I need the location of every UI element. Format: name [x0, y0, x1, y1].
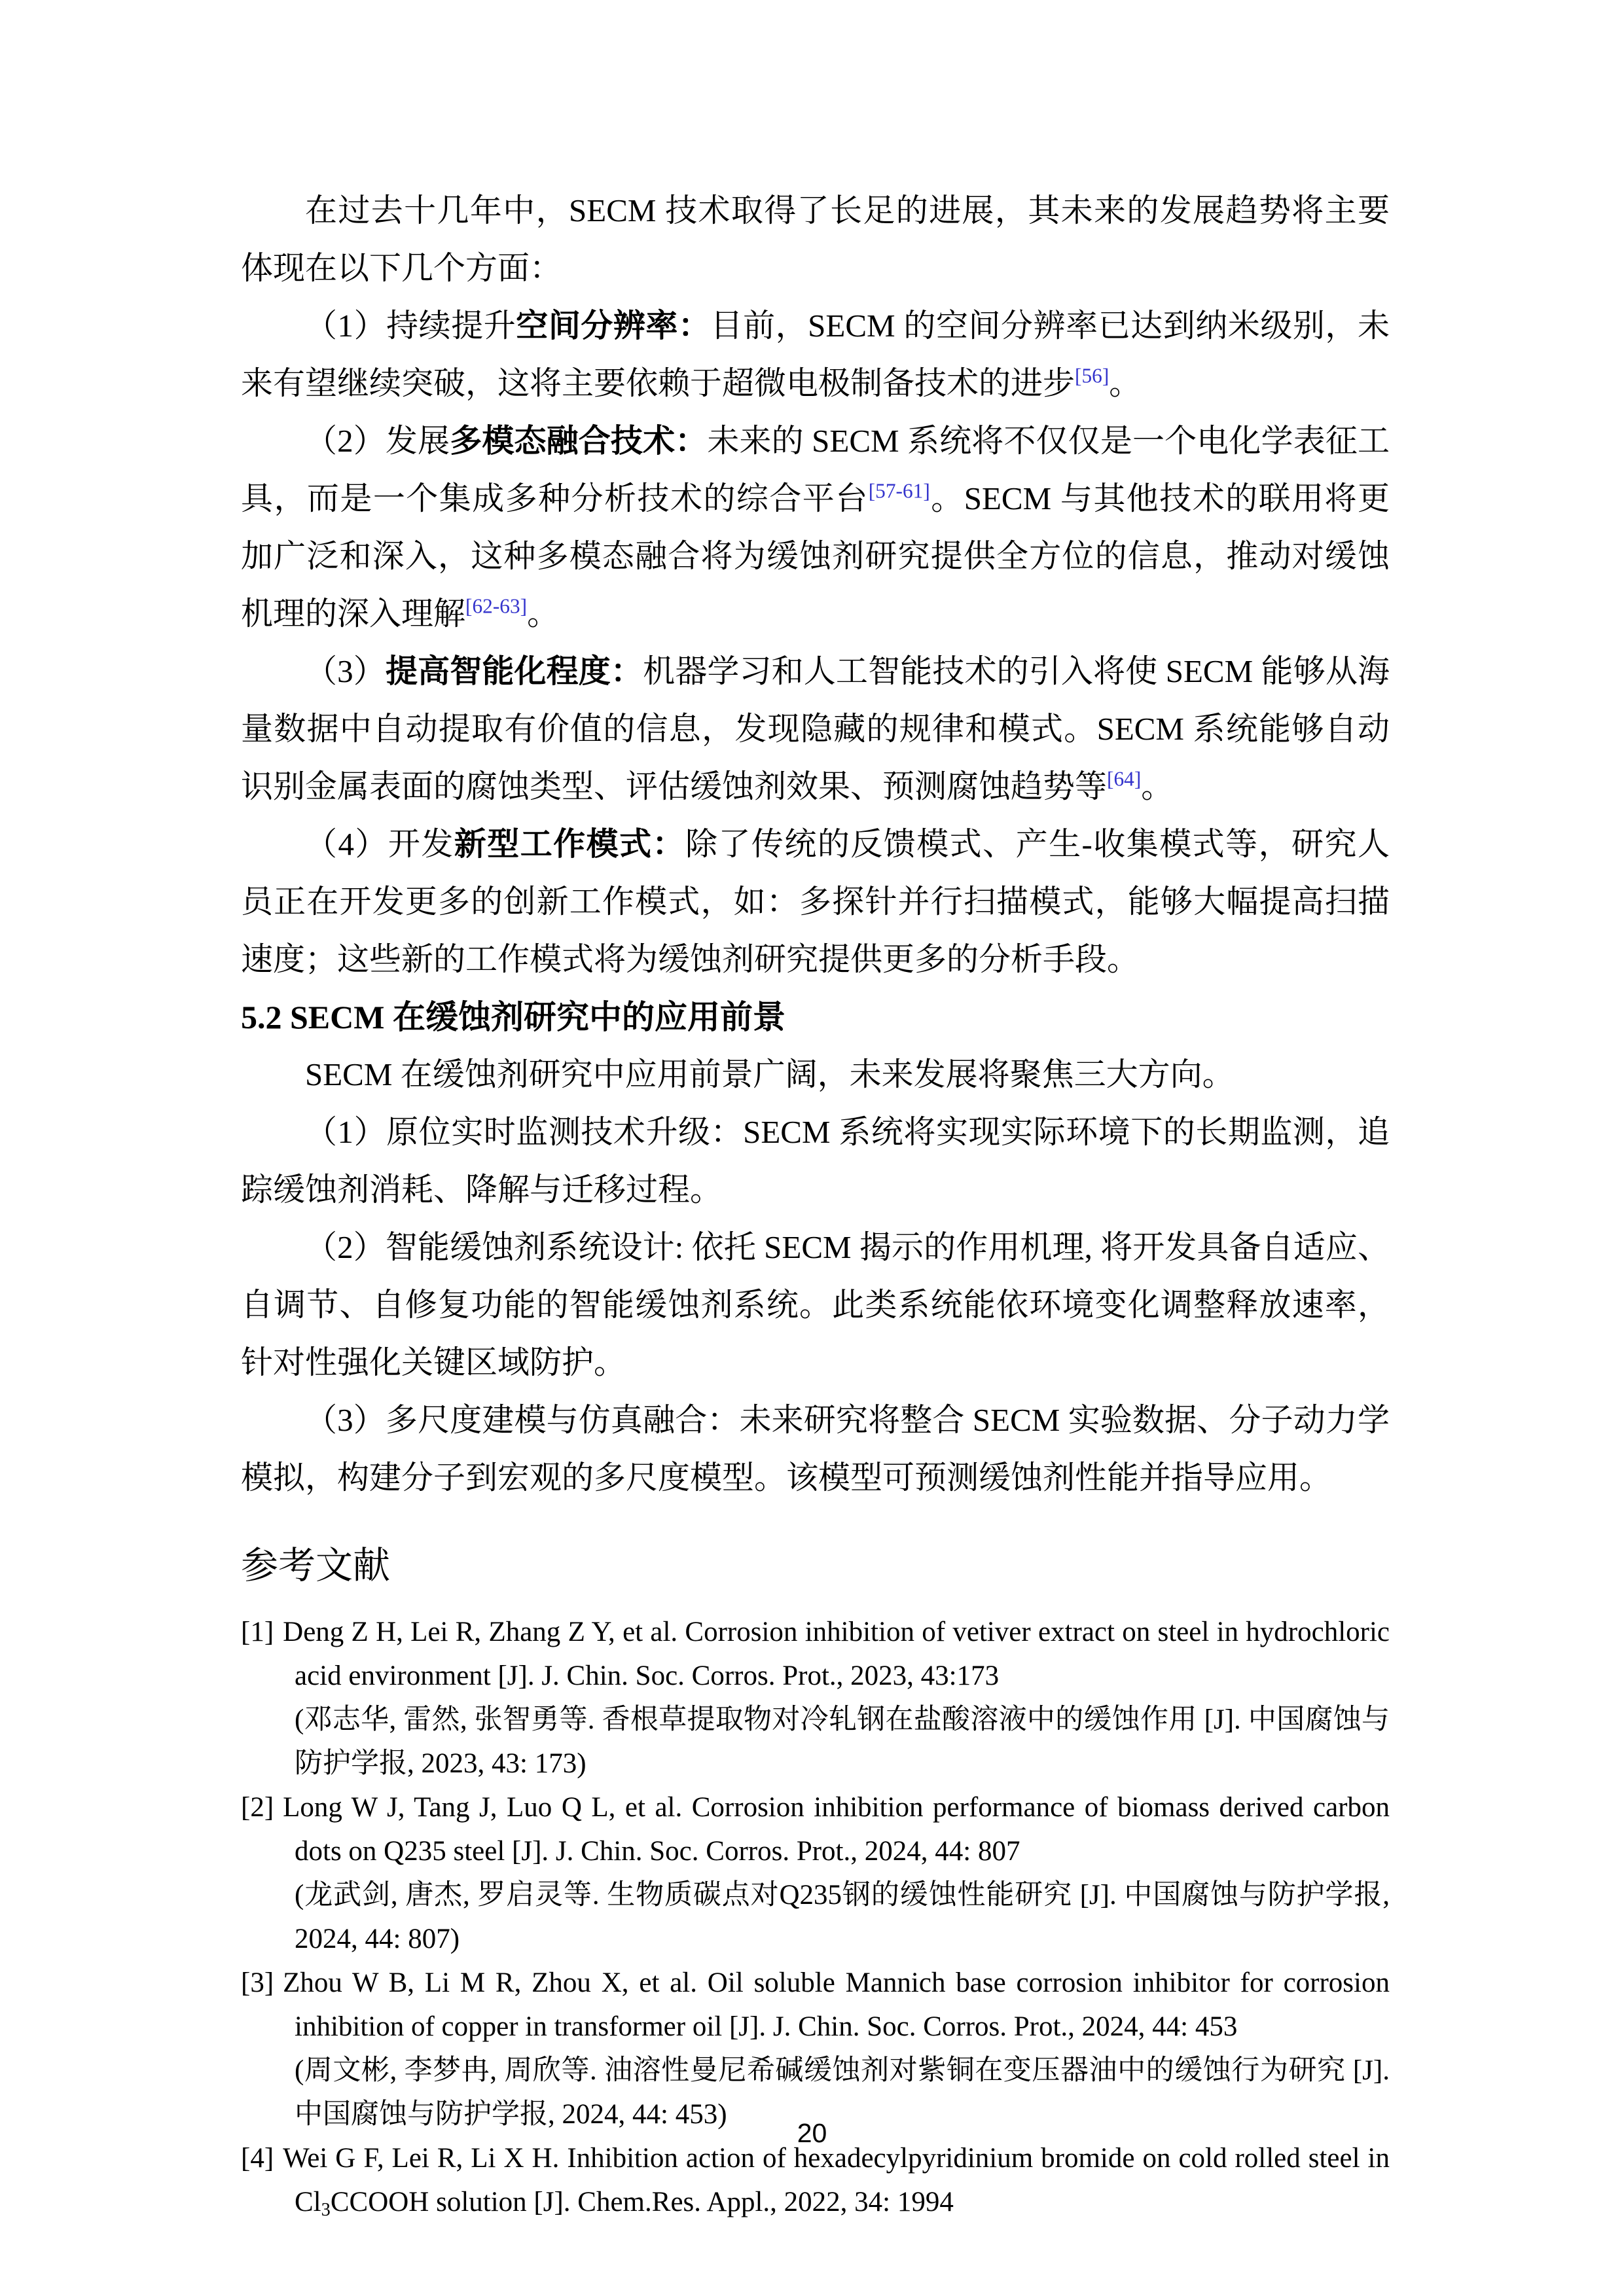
- reference-1-marker: [1]: [241, 1617, 274, 1647]
- reference-4-chem-subscript: 3: [321, 2200, 331, 2220]
- intro-paragraph: 在过去十几年中，SECM 技术取得了长足的进展，其未来的发展趋势将主要体现在以下…: [241, 182, 1390, 297]
- reference-2-chinese: (龙武剑, 唐杰, 罗启灵等. 生物质碳点对Q235钢的缓蚀性能研究 [J]. …: [295, 1873, 1390, 1961]
- trend-item-2-pre: （2）发展: [305, 423, 450, 459]
- citation-ref-56[interactable]: [56]: [1075, 365, 1109, 387]
- page-footer: 20: [0, 2118, 1624, 2149]
- reference-item-1: [1]Deng Z H, Lei R, Zhang Z Y, et al. Co…: [241, 1610, 1390, 1785]
- trend-item-2-post: 。: [527, 596, 559, 632]
- trend-item-1-term: 空间分辨率：: [516, 308, 710, 344]
- trend-item-4-pre: （4）开发: [305, 826, 454, 862]
- reference-item-3: [3]Zhou W B, Li M R, Zhou X, et al. Oil …: [241, 1961, 1390, 2136]
- trend-item-3-pre: （3）: [305, 653, 386, 689]
- trend-item-2-term: 多模态融合技术：: [450, 423, 707, 459]
- trend-item-3-term: 提高智能化程度：: [386, 653, 643, 689]
- prospect-item-1: （1）原位实时监测技术升级：SECM 系统将实现实际环境下的长期监测，追踪缓蚀剂…: [241, 1103, 1390, 1219]
- trend-item-3-post: 。: [1141, 768, 1173, 804]
- references-heading: 参考文献: [241, 1537, 1390, 1596]
- prospect-item-3: （3）多尺度建模与仿真融合：未来研究将整合 SECM 实验数据、分子动力学模拟，…: [241, 1391, 1390, 1507]
- reference-2-marker: [2]: [241, 1792, 274, 1823]
- page-content: 在过去十几年中，SECM 技术取得了长足的进展，其未来的发展趋势将主要体现在以下…: [0, 0, 1624, 2224]
- trend-item-4-term: 新型工作模式：: [454, 826, 685, 862]
- reference-2-english: Long W J, Tang J, Luo Q L, et al. Corros…: [283, 1792, 1390, 1867]
- trend-item-4: （4）开发新型工作模式：除了传统的反馈模式、产生-收集模式等，研究人员正在开发更…: [241, 816, 1390, 988]
- reference-3-marker: [3]: [241, 1967, 274, 1998]
- trend-item-2: （2）发展多模态融合技术：未来的 SECM 系统将不仅仅是一个电化学表征工具，而…: [241, 412, 1390, 643]
- prospect-item-2: （2）智能缓蚀剂系统设计: 依托 SECM 揭示的作用机理, 将开发具备自适应、…: [241, 1219, 1390, 1391]
- reference-1-english: Deng Z H, Lei R, Zhang Z Y, et al. Corro…: [283, 1617, 1390, 1691]
- trend-item-1: （1）持续提升空间分辨率：目前，SECM 的空间分辨率已达到纳米级别，未来有望继…: [241, 297, 1390, 412]
- page-number: 20: [797, 2118, 827, 2148]
- reference-item-4: [4]Wei G F, Lei R, Li X H. Inhibition ac…: [241, 2136, 1390, 2224]
- section-5-2-intro: SECM 在缓蚀剂研究中应用前景广阔，未来发展将聚焦三大方向。: [241, 1046, 1390, 1103]
- reference-item-2: [2]Long W J, Tang J, Luo Q L, et al. Cor…: [241, 1785, 1390, 1961]
- trend-item-1-post: 。: [1109, 365, 1141, 401]
- reference-3-english: Zhou W B, Li M R, Zhou X, et al. Oil sol…: [283, 1967, 1390, 2042]
- citation-ref-57-61[interactable]: [57-61]: [869, 480, 930, 503]
- document-page: 在过去十几年中，SECM 技术取得了长足的进展，其未来的发展趋势将主要体现在以下…: [0, 0, 1624, 2296]
- section-heading-5-2: 5.2 SECM 在缓蚀剂研究中的应用前景: [241, 988, 1390, 1046]
- reference-1-chinese: (邓志华, 雷然, 张智勇等. 香根草提取物对冷轧钢在盐酸溶液中的缓蚀作用 [J…: [295, 1698, 1390, 1785]
- citation-ref-62-63[interactable]: [62-63]: [465, 595, 527, 618]
- reference-4-english-post: CCOOH solution [J]. Chem.Res. Appl., 202…: [331, 2187, 954, 2217]
- citation-ref-64[interactable]: [64]: [1107, 768, 1141, 791]
- trend-item-3: （3）提高智能化程度：机器学习和人工智能技术的引入将使 SECM 能够从海量数据…: [241, 643, 1390, 816]
- trend-item-1-pre: （1）持续提升: [305, 308, 516, 344]
